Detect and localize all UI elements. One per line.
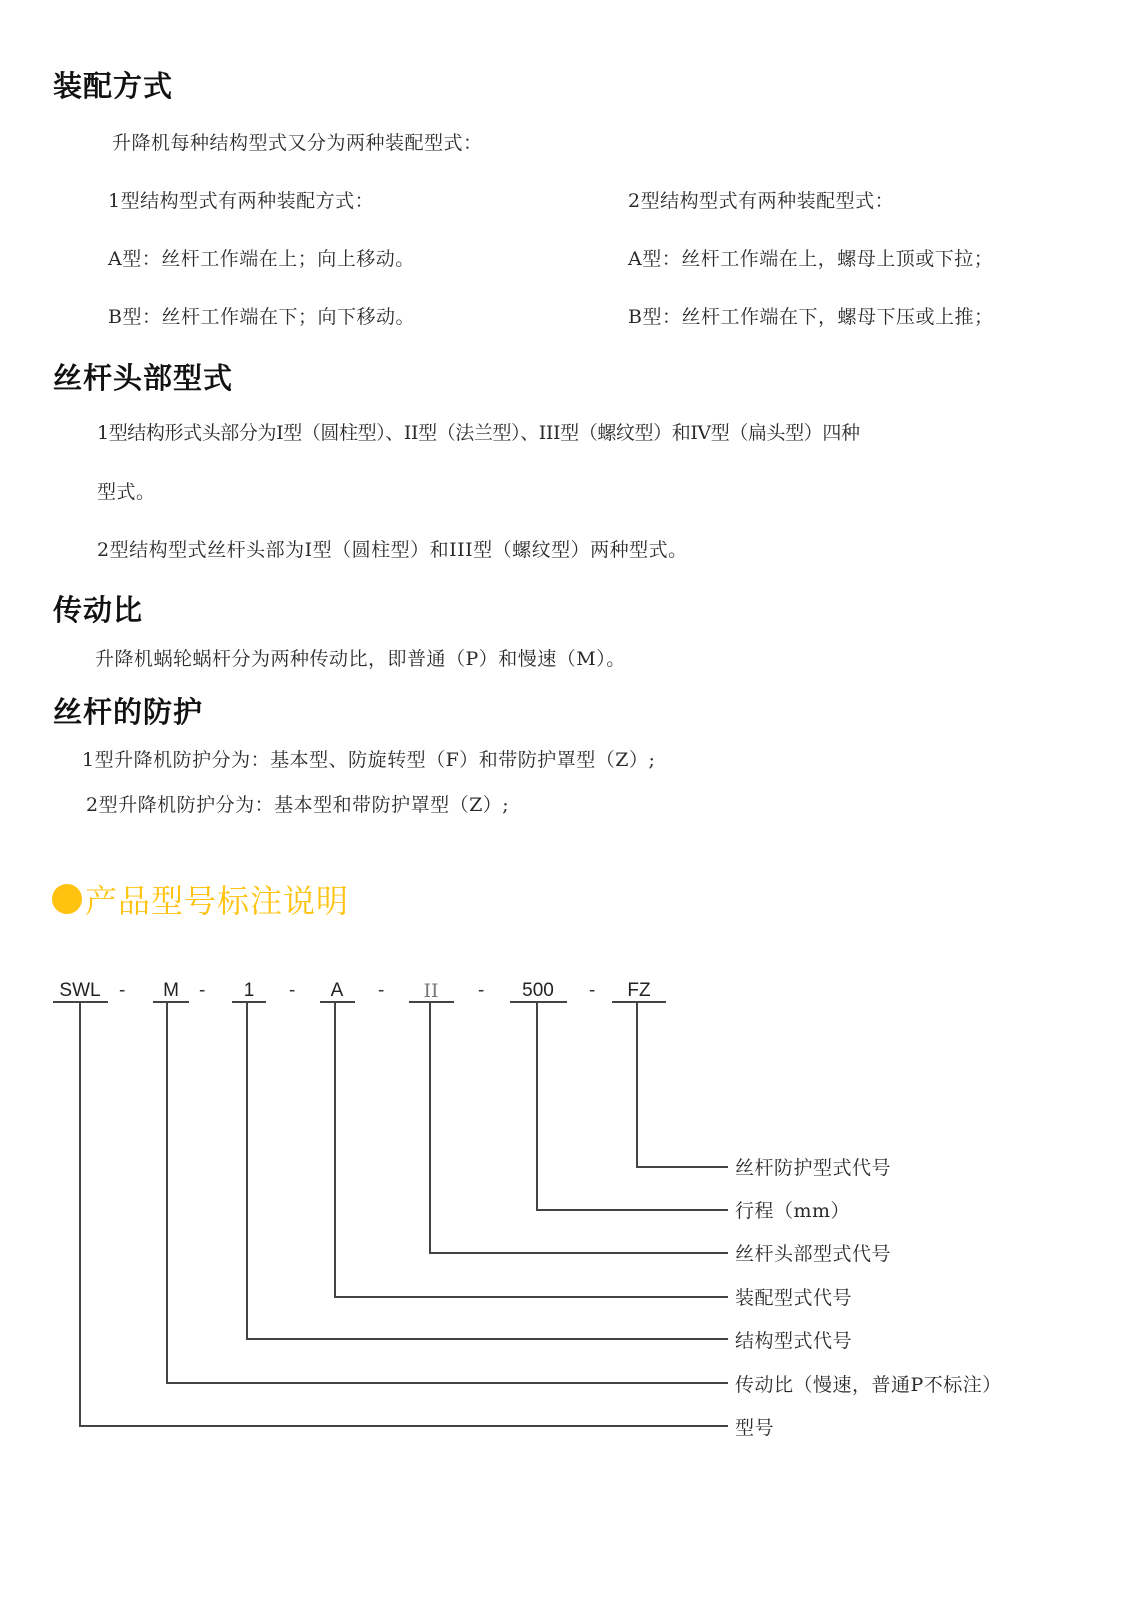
screw-head-line1-cont: 型式。 — [97, 477, 156, 504]
heading-protection: 丝杆的防护 — [53, 690, 203, 731]
assembly-type2-title: 2型结构型式有两种装配型式： — [628, 186, 894, 213]
separator: - — [119, 980, 125, 1002]
code-a: A — [321, 980, 353, 1002]
ratio-text: 升降机蜗轮蜗杆分为两种传动比，即普通（P）和慢速（M）。 — [95, 644, 626, 671]
heading-assembly: 装配方式 — [53, 64, 173, 105]
separator: - — [378, 980, 384, 1002]
legend-structure-code: 结构型式代号 — [735, 1326, 852, 1353]
code-ii: II — [410, 980, 452, 1002]
screw-head-line1: 1型结构形式头部分为I型（圆柱型）、II型（法兰型）、III型（螺纹型）和IV型… — [97, 418, 860, 445]
code-swl: SWL — [54, 980, 106, 1002]
legend-assembly-code: 装配型式代号 — [735, 1283, 852, 1310]
assembly-type1-a: A型：丝杆工作端在上；向上移动。 — [108, 244, 415, 271]
protection-line2: 2型升降机防护分为：基本型和带防护罩型（Z）; — [86, 790, 509, 817]
code-500: 500 — [511, 980, 565, 1002]
legend-protection-code: 丝杆防护型式代号 — [735, 1153, 891, 1180]
legend-model: 型号 — [735, 1413, 774, 1440]
bullet-dot-icon — [52, 884, 82, 914]
protection-line1: 1型升降机防护分为：基本型、防旋转型（F）和带防护罩型（Z）; — [82, 745, 655, 772]
model-section-title: 产品型号标注说明 — [52, 876, 349, 922]
assembly-type1-title: 1型结构型式有两种装配方式： — [108, 186, 374, 213]
heading-screw-head: 丝杆头部型式 — [53, 356, 233, 397]
assembly-intro: 升降机每种结构型式又分为两种装配型式： — [112, 128, 483, 155]
separator: - — [589, 980, 595, 1002]
legend-head-code: 丝杆头部型式代号 — [735, 1239, 891, 1266]
separator: - — [478, 980, 484, 1002]
code-fz: FZ — [613, 980, 665, 1002]
assembly-type2-a: A型：丝杆工作端在上，螺母上顶或下拉； — [628, 244, 993, 271]
code-m: M — [154, 980, 188, 1002]
assembly-type2-b: B型：丝杆工作端在下，螺母下压或上推； — [628, 302, 993, 329]
legend-stroke: 行程（mm） — [735, 1196, 850, 1223]
screw-head-line2: 2型结构型式丝杆头部为I型（圆柱型）和III型（螺纹型）两种型式。 — [97, 535, 688, 562]
model-section-title-text: 产品型号标注说明 — [85, 876, 349, 922]
separator: - — [199, 980, 205, 1002]
legend-ratio: 传动比（慢速，普通P不标注） — [735, 1370, 1002, 1397]
heading-ratio: 传动比 — [53, 588, 143, 629]
code-1: 1 — [233, 980, 265, 1002]
separator: - — [289, 980, 295, 1002]
assembly-type1-b: B型：丝杆工作端在下；向下移动。 — [108, 302, 415, 329]
